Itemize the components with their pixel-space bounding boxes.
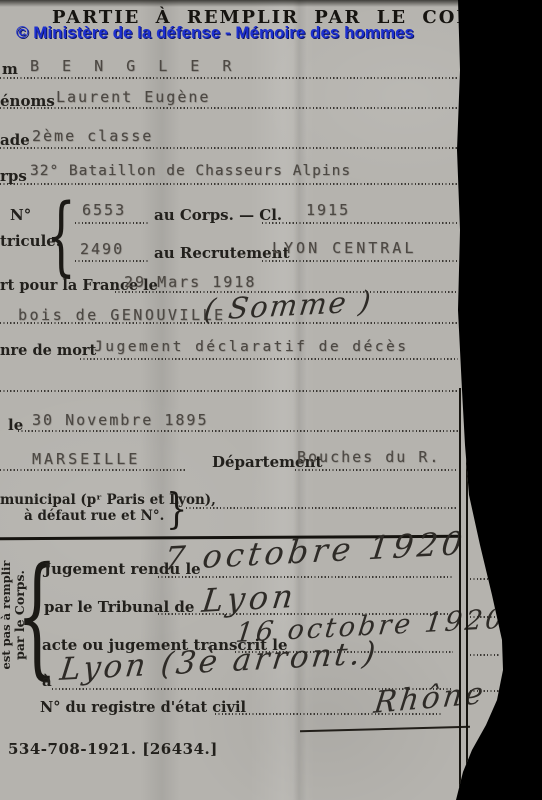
field-value-prenoms: Laurent Eugène xyxy=(56,88,210,106)
dotted-line xyxy=(0,77,458,79)
dotted-line xyxy=(75,222,149,224)
dotted-line xyxy=(470,654,500,656)
field-value-mort-date: 29 Mars 1918 xyxy=(124,273,256,291)
field-label-matricule-no: N° xyxy=(10,206,31,224)
jugement-rendu-value: 7 octobre 1920 xyxy=(162,524,468,578)
matricule-recrutement-place: LYON CENTRAL xyxy=(272,239,416,257)
field-value-commune: MARSEILLE xyxy=(32,450,140,468)
jugement-a-label: à xyxy=(42,672,52,690)
dotted-line xyxy=(0,390,458,392)
dotted-line xyxy=(75,260,149,262)
field-value-naissance-date: 30 Novembre 1895 xyxy=(32,411,209,429)
matricule-corps-number: 6553 xyxy=(82,201,126,219)
field-value-corps: 32° Bataillon de Chasseurs Alpins xyxy=(30,163,351,179)
registre-note-handwritten: Rhône xyxy=(372,676,488,721)
municipal-brace: } xyxy=(166,488,187,530)
dotted-line xyxy=(0,322,458,324)
dotted-line xyxy=(186,507,456,509)
dotted-line xyxy=(18,430,458,432)
watermark: © Ministère de la défense - Mémoire des … xyxy=(16,23,414,43)
matricule-recrutement-number: 2490 xyxy=(80,240,124,258)
field-value-departement: Bouches du R. xyxy=(297,448,440,466)
field-label-municipal-2: à défaut rue et N°. xyxy=(24,508,164,524)
table-border-outer xyxy=(459,388,461,792)
dotted-line xyxy=(262,260,458,262)
dotted-line xyxy=(0,183,458,185)
field-label-nom: m xyxy=(2,60,18,78)
form-reference: 534-708-1921. [26434.] xyxy=(8,740,218,758)
registre-note-underline xyxy=(300,726,470,732)
dotted-line xyxy=(80,358,458,360)
field-value-nom: B E N G L E R xyxy=(30,57,238,75)
dotted-line xyxy=(0,107,458,109)
dotted-line xyxy=(0,147,458,149)
table-border-inner xyxy=(466,392,468,792)
field-value-genre: Jugement déclaratif de décès xyxy=(94,339,408,355)
matricule-brace: { xyxy=(46,193,76,279)
field-value-grade: 2ème classe xyxy=(32,127,153,145)
dotted-line xyxy=(262,222,458,224)
dotted-line xyxy=(470,578,500,580)
dotted-line xyxy=(0,469,185,471)
matricule-classe: 1915 xyxy=(306,201,350,219)
scanned-death-record: PARTIE À REMPLIR PAR LE CORPS. © Ministè… xyxy=(0,0,542,800)
paper-sheet: PARTIE À REMPLIR PAR LE CORPS. © Ministè… xyxy=(0,0,542,800)
dotted-line xyxy=(295,469,458,471)
dotted-line xyxy=(158,576,453,578)
field-label-genre: nre de mort xyxy=(0,342,96,359)
